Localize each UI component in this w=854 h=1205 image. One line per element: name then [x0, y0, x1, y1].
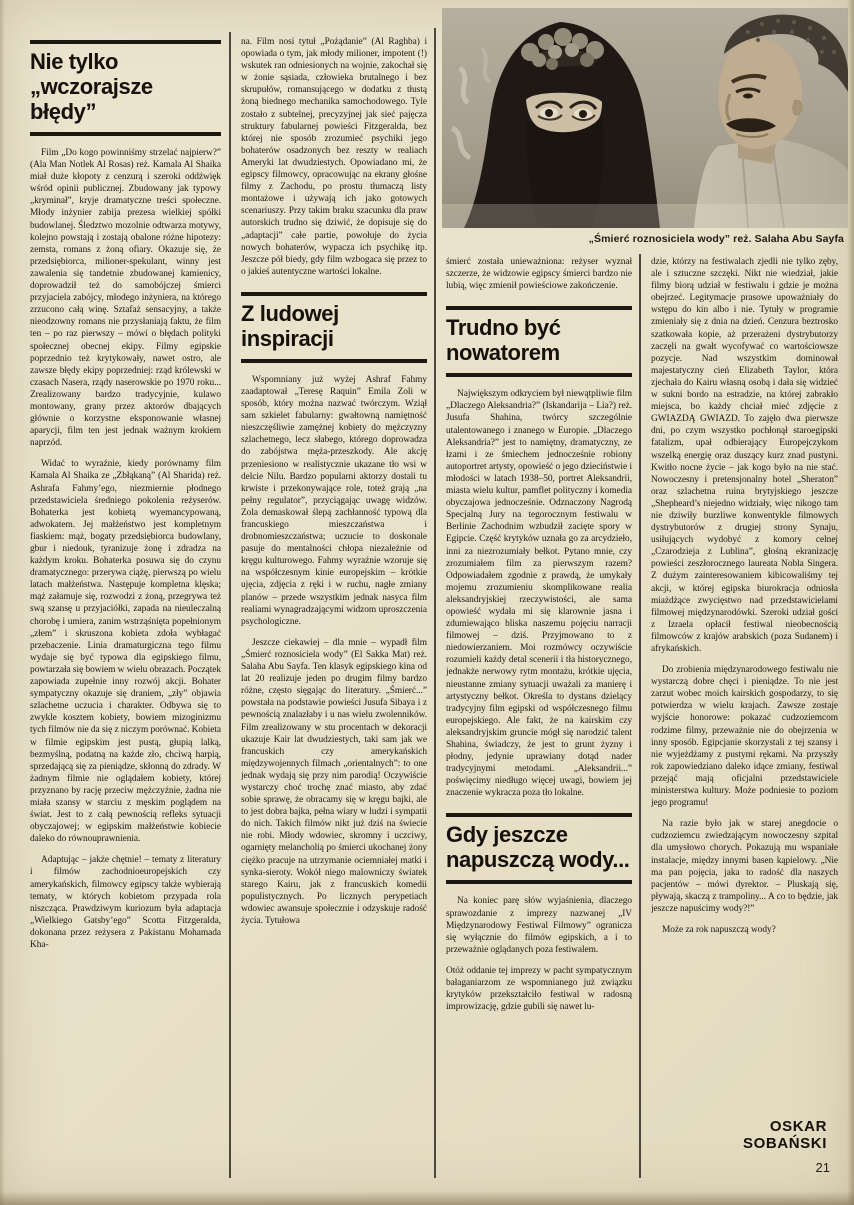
scan-edge	[847, 0, 854, 1205]
body-paragraph: Widać to wyraźnie, kiedy porównamy film …	[30, 458, 221, 845]
photo-caption: „Śmierć roznosiciela wody” reż. Salaha A…	[442, 233, 844, 245]
body-paragraph: dzie, którzy na festiwalach zjedli nie t…	[651, 256, 838, 655]
body-paragraph: Film „Do kogo powinniśmy strzelać najpie…	[30, 147, 221, 449]
column-divider	[229, 32, 231, 1178]
column-1: Nie tylko „wczorajsze błędy” Film „Do ko…	[30, 40, 221, 1174]
article-3-title: Trudno być nowatorem	[446, 306, 632, 377]
title-line: Nie tylko	[30, 49, 221, 74]
author-byline: OSKAR SOBAŃSKI	[651, 1118, 827, 1152]
magazine-page: „Śmierć roznosiciela wody” reż. Salaha A…	[0, 0, 854, 1205]
body-paragraph: Adaptując – jakże chętnie! – tematy z li…	[30, 854, 221, 951]
column-divider	[434, 28, 436, 1178]
article-2-title: Z ludowej inspiracji	[241, 292, 427, 363]
title-line: Z ludowej	[241, 301, 427, 326]
body-paragraph: na. Film nosi tytuł „Pożądanie” (Al Ragh…	[241, 36, 427, 278]
film-still-photo	[442, 8, 848, 228]
column-4: dzie, którzy na festiwalach zjedli nie t…	[651, 256, 838, 1174]
body-paragraph: Na koniec parę słów wyjaśnienia, dlaczeg…	[446, 895, 632, 955]
body-paragraph: Największym odkryciem był niewątpliwie f…	[446, 388, 632, 799]
byline-line: SOBAŃSKI	[651, 1135, 827, 1152]
byline-line: OSKAR	[651, 1118, 827, 1135]
body-paragraph: Otóż oddanie tej imprezy w pacht sympaty…	[446, 965, 632, 1013]
body-paragraph: Do zrobienia międzynarodowego festiwalu …	[651, 664, 838, 809]
title-line: inspiracji	[241, 326, 427, 351]
body-paragraph: Wspomniany już wyżej Ashraf Fahmy zaadap…	[241, 374, 427, 628]
article-4-title: Gdy jeszcze napuszczą wody...	[446, 813, 632, 884]
body-paragraph: Może za rok napuszczą wody?	[651, 924, 838, 936]
title-line: nowatorem	[446, 340, 632, 365]
column-3: śmierć została unieważniona: reżyser wyz…	[446, 256, 632, 1174]
title-line: „wczorajsze błędy”	[30, 74, 221, 124]
body-paragraph: Na razie było jak w starej anegdocie o c…	[651, 818, 838, 915]
column-divider	[639, 254, 641, 1178]
article-1-title: Nie tylko „wczorajsze błędy”	[30, 40, 221, 136]
body-paragraph: Jeszcze ciekawiej – dla mnie – wypadł fi…	[241, 637, 427, 927]
title-line: napuszczą wody...	[446, 847, 632, 872]
film-still-illustration	[442, 8, 848, 228]
title-line: Gdy jeszcze	[446, 822, 632, 847]
scan-edge	[0, 0, 5, 1205]
column-2: na. Film nosi tytuł „Pożądanie” (Al Ragh…	[241, 36, 427, 1176]
body-paragraph: śmierć została unieważniona: reżyser wyz…	[446, 256, 632, 292]
title-line: Trudno być	[446, 315, 632, 340]
scan-edge	[0, 1191, 854, 1205]
page-number: 21	[790, 1160, 830, 1175]
